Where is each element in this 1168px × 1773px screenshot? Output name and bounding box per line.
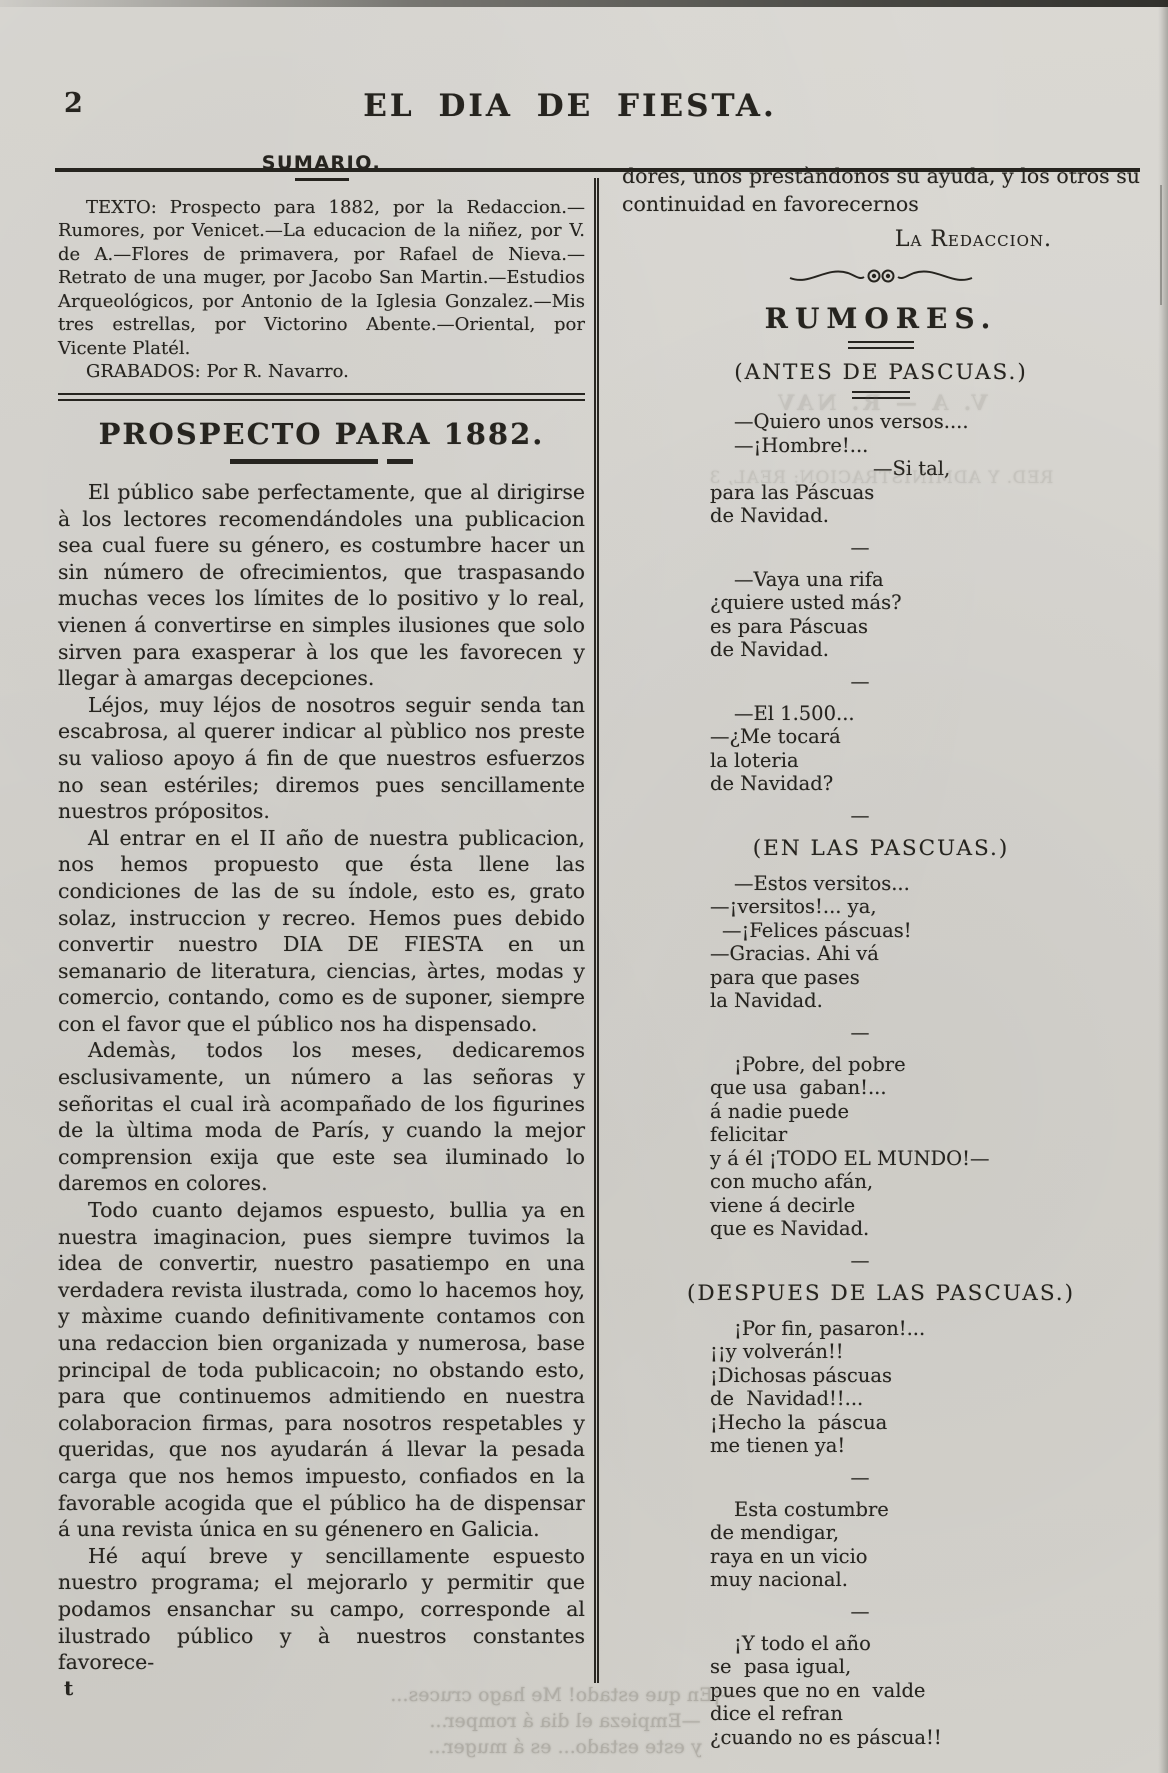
article-paragraph: Ademàs, todos los meses, dedicaremos esc… <box>58 1037 585 1197</box>
verse-stanza: —El 1.500...—¿Me tocarála loteriade Navi… <box>622 702 1140 796</box>
verse-line: de Navidad!!... <box>710 1387 1140 1411</box>
verse-line: para las Páscuas <box>710 481 1140 505</box>
verse-stanza: ¡Por fin, pasaron!...¡¡y volverán!!¡Dich… <box>622 1317 1140 1458</box>
verse-section-heading: (ANTES DE PASCUAS.) <box>622 360 1140 385</box>
verse-line: es para Páscuas <box>710 615 1140 639</box>
verse-line: que es Navidad. <box>710 1217 1140 1241</box>
rumores-underline-rule <box>848 341 914 349</box>
sumario-underline-rule <box>295 178 349 181</box>
verse-line: ¡Por fin, pasaron!... <box>734 1317 1140 1341</box>
sumario-heading: SUMARIO. <box>58 152 585 174</box>
article-paragraph: El público sabe perfectamente, que al di… <box>58 479 585 692</box>
verse-line: —¡Hombre!... <box>734 434 1140 458</box>
section-separator-rule <box>58 393 585 401</box>
verse-line: —¡Felices páscuas! <box>722 919 1140 943</box>
verse-heading-rule <box>852 391 910 399</box>
verse-line: ¡Pobre, del pobre <box>734 1053 1140 1077</box>
stanza-separator-dash: — <box>710 1601 1010 1623</box>
verse-line: ¡Dichosas páscuas <box>710 1364 1140 1388</box>
verse-flow: (ANTES DE PASCUAS.)—Quiero unos versos..… <box>622 360 1140 1749</box>
scan-top-edge <box>0 0 1168 7</box>
ornament-divider <box>622 264 1140 292</box>
squiggle-ornament-icon <box>786 264 976 288</box>
verse-line: ¡Hecho la páscua <box>710 1411 1140 1435</box>
catchword: t <box>64 1676 585 1700</box>
verse-line: que usa gaban!... <box>710 1076 1140 1100</box>
verse-line: —Si tal, <box>873 457 1140 481</box>
scan-edge-line <box>1160 185 1162 305</box>
verse-line: —Vaya una rifa <box>734 568 1140 592</box>
verse-line: se pasa igual, <box>710 1655 1140 1679</box>
verse-line: —Gracias. Ahi vá <box>710 942 1140 966</box>
article-paragraph: Todo cuanto dejamos espuesto, bullia ya … <box>58 1197 585 1543</box>
verse-section-heading: (DESPUES DE LAS PASCUAS.) <box>622 1281 1140 1306</box>
verse-line: muy nacional. <box>710 1568 1140 1592</box>
right-column: dores, unos prestàndonos su ayuda, y los… <box>622 162 1140 1749</box>
verse-line: Esta costumbre <box>734 1498 1140 1522</box>
verse-stanza: —Estos versitos...—¡versitos!... ya,—¡Fe… <box>622 872 1140 1013</box>
rumores-title: RUMORES. <box>622 302 1140 335</box>
newspaper-page: 2 EL DIA DE FIESTA. SUMARIO. TEXTO: Pros… <box>0 0 1168 1773</box>
article-paragraph: Léjos, muy léjos de nosotros seguir send… <box>58 692 585 825</box>
stanza-separator-dash: — <box>710 537 1010 559</box>
verse-line: á nadie puede <box>710 1100 1140 1124</box>
article-title: PROSPECTO PARA 1882. <box>58 417 585 451</box>
title-rule-bar <box>230 459 378 464</box>
verse-line: de Navidad? <box>710 772 1140 796</box>
verse-line: la loteria <box>710 749 1140 773</box>
verse-line: dice el refran <box>710 1702 1140 1726</box>
sumario-texto: TEXTO: Prospecto para 1882, por la Redac… <box>58 196 585 361</box>
article-paragraph: Al entrar en el II año de nuestra public… <box>58 825 585 1038</box>
stanza-separator-dash: — <box>710 805 1010 827</box>
verse-line: raya en un vicio <box>710 1545 1140 1569</box>
verse-section-heading: (EN LAS PASCUAS.) <box>622 836 1140 861</box>
verse-stanza: ¡Y todo el añose pasa igual,pues que no … <box>622 1632 1140 1750</box>
stanza-separator-dash: — <box>710 671 1010 693</box>
stanza-separator-dash: — <box>710 1250 1010 1272</box>
verse-line: felicitar <box>710 1123 1140 1147</box>
verse-line: pues que no en valde <box>710 1679 1140 1703</box>
stanza-separator-dash: — <box>710 1467 1010 1489</box>
verse-line: ¿quiere usted más? <box>710 591 1140 615</box>
continuation-paragraph: dores, unos prestàndonos su ayuda, y los… <box>622 162 1140 218</box>
verse-line: la Navidad. <box>710 989 1140 1013</box>
verse-line: —¡versitos!... ya, <box>710 895 1140 919</box>
article-body: El público sabe perfectamente, que al di… <box>58 479 585 1676</box>
article-paragraph: Hé aquí breve y sencillamente espuesto n… <box>58 1543 585 1676</box>
column-divider <box>594 178 599 1683</box>
verse-line: ¡¡y volverán!! <box>710 1340 1140 1364</box>
sumario-grabados: GRABADOS: Por R. Navarro. <box>58 360 585 384</box>
verse-stanza: Esta costumbrede mendigar,raya en un vic… <box>622 1498 1140 1592</box>
verse-stanza: ¡Pobre, del pobreque usa gaban!...á nadi… <box>622 1053 1140 1241</box>
verse-stanza: —Quiero unos versos....—¡Hombre!...—Si t… <box>622 410 1140 528</box>
verse-line: para que pases <box>710 966 1140 990</box>
stanza-separator-dash: — <box>710 1022 1010 1044</box>
masthead-title: EL DIA DE FIESTA. <box>0 88 1140 124</box>
verse-line: me tienen ya! <box>710 1434 1140 1458</box>
verse-line: de Navidad. <box>710 504 1140 528</box>
verse-line: —¿Me tocará <box>710 725 1140 749</box>
verse-line: de Navidad. <box>710 638 1140 662</box>
redaccion-signature: La Redaccion. <box>622 227 1140 252</box>
title-rule-dash <box>387 459 413 464</box>
verse-line: ¿cuando no es páscua!! <box>710 1726 1140 1750</box>
verse-line: de mendigar, <box>710 1521 1140 1545</box>
verse-line: con mucho afán, <box>710 1170 1140 1194</box>
verse-line: —Estos versitos... <box>734 872 1140 896</box>
verse-line: —Quiero unos versos.... <box>734 410 1140 434</box>
verse-line: viene á decirle <box>710 1194 1140 1218</box>
verse-line: —El 1.500... <box>734 702 1140 726</box>
verse-stanza: —Vaya una rifa¿quiere usted más?es para … <box>622 568 1140 662</box>
article-title-rule <box>58 459 585 464</box>
verse-line: ¡Y todo el año <box>734 1632 1140 1656</box>
left-column: SUMARIO. TEXTO: Prospecto para 1882, por… <box>58 152 585 1700</box>
verse-line: y á él ¡TODO EL MUNDO!— <box>710 1147 1140 1171</box>
